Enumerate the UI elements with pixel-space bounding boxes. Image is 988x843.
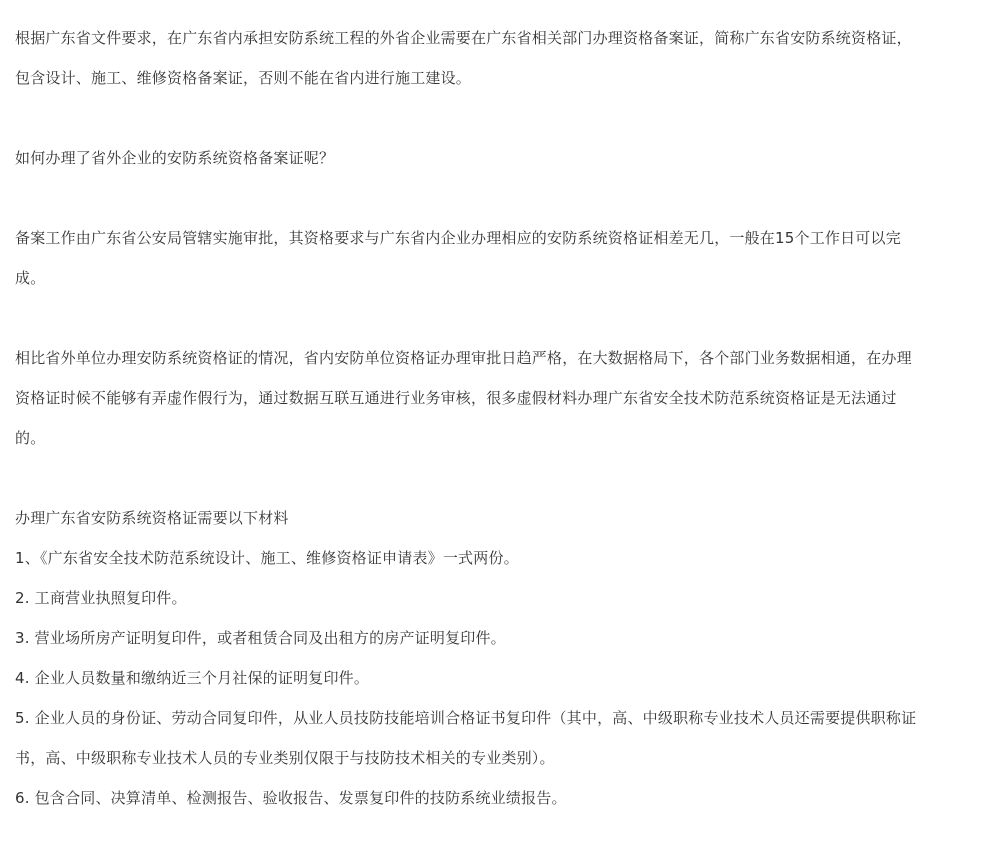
paragraph-4-line-3: 的。: [15, 428, 45, 448]
material-item-2: 2. 工商营业执照复印件。: [15, 588, 187, 608]
paragraph-3-line-2: 成。: [15, 268, 45, 288]
paragraph-1-line-2: 包含设计、施工、维修资格备案证，否则不能在省内进行施工建设。: [15, 68, 471, 88]
material-item-4: 4. 企业人员数量和缴纳近三个月社保的证明复印件。: [15, 668, 369, 688]
paragraph-4-line-2: 资格证时候不能够有弄虚作假行为，通过数据互联互通进行业务审核，很多虚假材料办理广…: [15, 388, 897, 408]
paragraph-3-line-1: 备案工作由广东省公安局管辖实施审批，其资格要求与广东省内企业办理相应的安防系统资…: [15, 228, 901, 248]
paragraph-4-line-1: 相比省外单位办理安防系统资格证的情况，省内安防单位资格证办理审批日趋严格，在大数…: [15, 348, 912, 368]
question-heading: 如何办理了省外企业的安防系统资格备案证呢？: [15, 148, 334, 168]
material-item-1: 1、《广东省安全技术防范系统设计、施工、维修资格证申请表》一式两份。: [15, 548, 519, 568]
paragraph-1-line-1: 根据广东省文件要求，在广东省内承担安防系统工程的外省企业需要在广东省相关部门办理…: [15, 28, 912, 48]
material-item-5-line-2: 书，高、中级职称专业技术人员的专业类别仅限于与技防技术相关的专业类别）。: [15, 748, 555, 768]
material-item-6: 6. 包含合同、决算清单、检测报告、验收报告、发票复印件的技防系统业绩报告。: [15, 788, 567, 808]
materials-heading: 办理广东省安防系统资格证需要以下材料: [15, 508, 289, 528]
material-item-3: 3. 营业场所房产证明复印件，或者租赁合同及出租方的房产证明复印件。: [15, 628, 506, 648]
material-item-5-line-1: 5. 企业人员的身份证、劳动合同复印件，从业人员技防技能培训合格证书复印件（其中…: [15, 708, 916, 728]
